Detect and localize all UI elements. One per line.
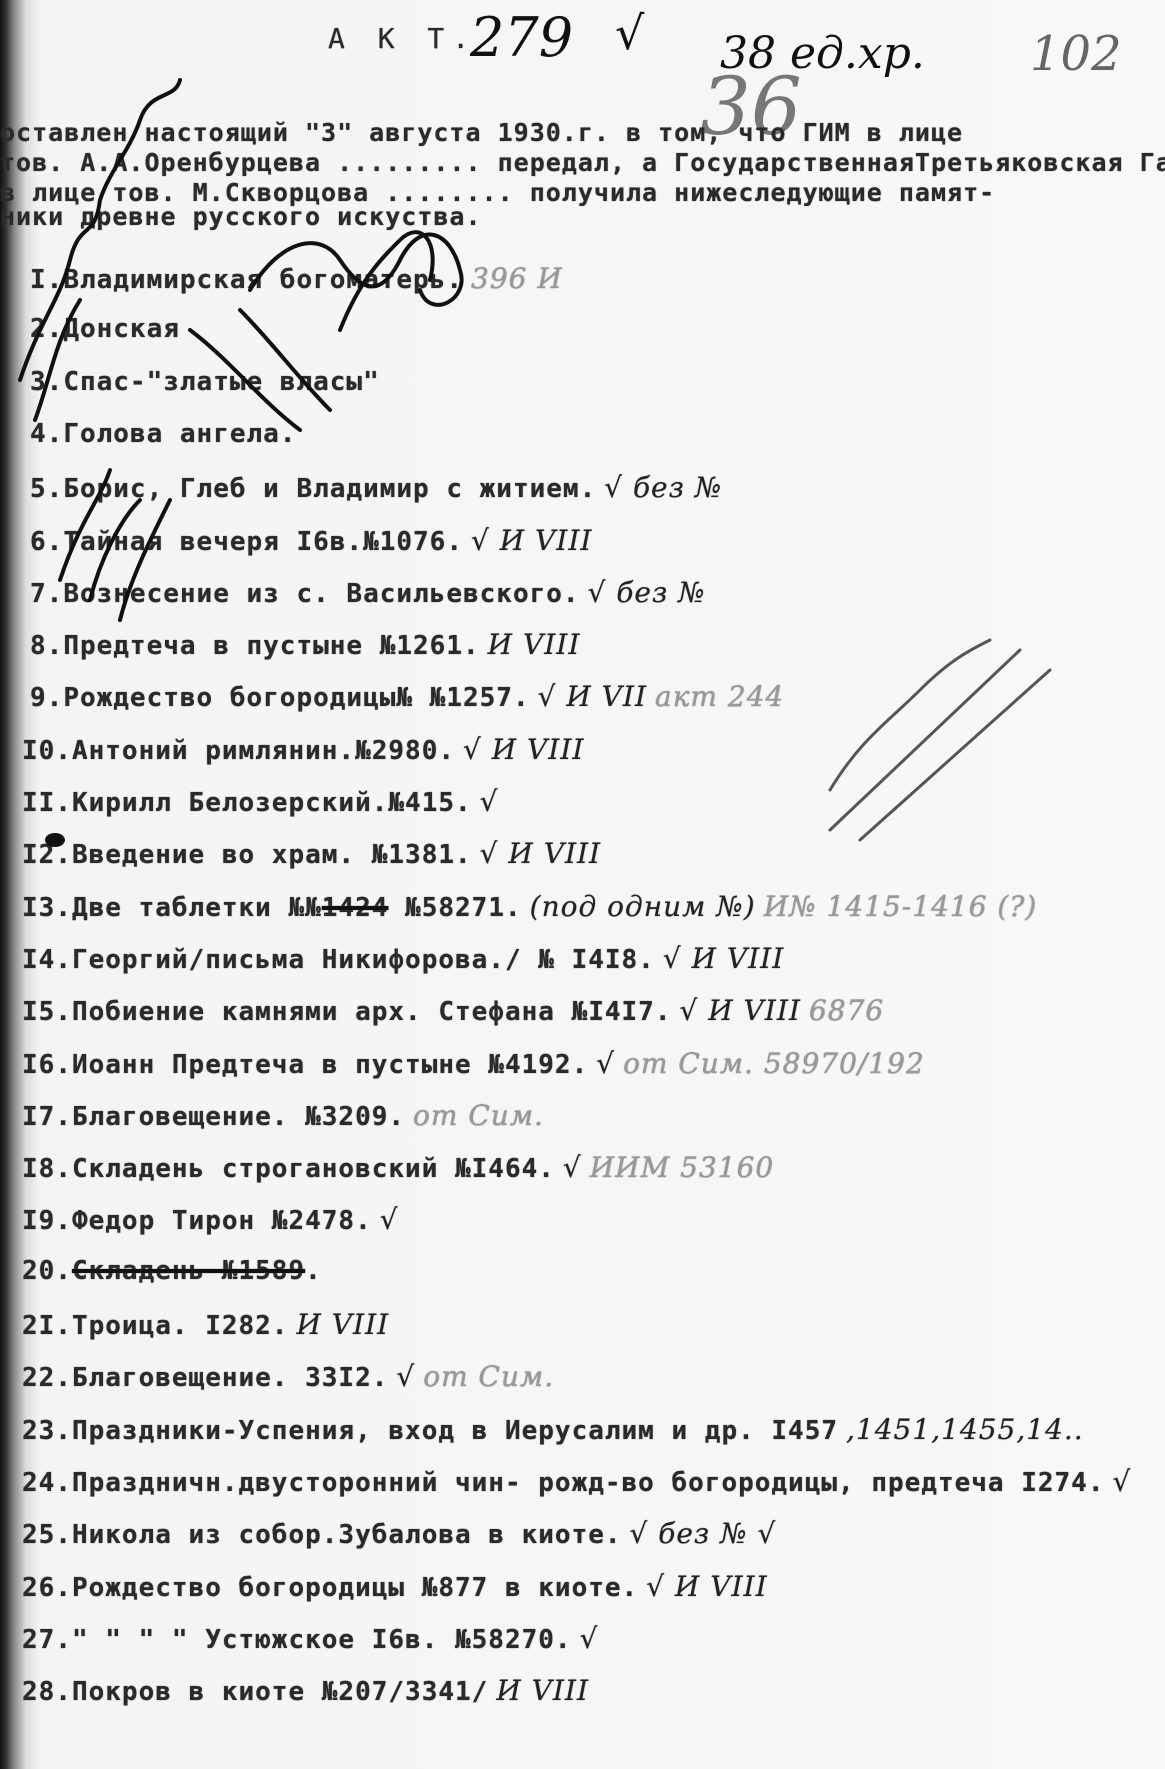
item-count: 38 ед.хр. bbox=[720, 28, 925, 79]
item-text: Георгий/письма Никифорова./ № I4I8. bbox=[72, 945, 655, 975]
item-number: I0. bbox=[22, 736, 72, 766]
list-item: I7.Благовещение. №3209.от Сим. bbox=[22, 1099, 544, 1132]
handwritten-annotation: И VIII bbox=[496, 1674, 589, 1707]
item-text: Голова ангела. bbox=[63, 419, 296, 449]
item-number: II. bbox=[22, 788, 72, 818]
list-item: II.Кирилл Белозерский.№415.√ bbox=[22, 785, 499, 818]
handwritten-annotation: И VIII bbox=[488, 628, 581, 661]
handwritten-annotation: √ без № bbox=[588, 576, 706, 609]
list-item: 5.Борис, Глеб и Владимир с житием.√ без … bbox=[30, 471, 722, 504]
handwritten-annotation: И VIII bbox=[296, 1308, 389, 1341]
item-text: Побиение камнями арх. Стефана №I4I7. bbox=[72, 997, 672, 1027]
page-number: 102 bbox=[1030, 26, 1122, 82]
list-item: 2.Донская bbox=[30, 314, 180, 344]
item-number: I8. bbox=[22, 1154, 72, 1184]
list-item: 26.Рождество богородицы №877 в киоте.√ И… bbox=[22, 1570, 768, 1603]
item-number: I5. bbox=[22, 997, 72, 1027]
strike-line-1-icon bbox=[830, 650, 1020, 830]
list-item: 8.Предтеча в пустыне №1261.И VIII bbox=[30, 628, 580, 661]
document-page: А К Т. 279 √ 36 38 ед.хр. 102 оставлен н… bbox=[0, 0, 1165, 1769]
pencil-annotation: И№ 1415-1416 (?) bbox=[764, 890, 1038, 923]
list-item: 28.Покров в киоте №207/3341/И VIII bbox=[22, 1674, 589, 1707]
item-number: I. bbox=[30, 265, 63, 295]
pencil-annotation: ИИМ 53160 bbox=[590, 1151, 774, 1184]
handwritten-annotation: √ И VIII bbox=[471, 524, 592, 557]
item-text: Рождество богородицы№ №1257. bbox=[63, 683, 529, 713]
item-number: I4. bbox=[22, 945, 72, 975]
handwritten-annotation: √ И VIII bbox=[680, 994, 801, 1027]
item-number: 6. bbox=[30, 527, 63, 557]
list-item: I6.Иоанн Предтеча в пустыне №4192.√от Си… bbox=[22, 1047, 925, 1080]
list-item: I2.Введение во храм. №1381.√ И VIII bbox=[22, 837, 601, 870]
intro-line-1: оставлен настоящий "3" августа 1930.г. в… bbox=[0, 118, 963, 147]
list-item: 22.Благовещение. 33I2.√от Сим. bbox=[22, 1360, 554, 1393]
handwritten-annotation: √ bbox=[380, 1203, 399, 1236]
item-number: I2. bbox=[22, 840, 72, 870]
item-text: Иоанн Предтеча в пустыне №4192. bbox=[72, 1050, 588, 1080]
item-text: Вознесение из с. Васильевского. bbox=[63, 579, 579, 609]
handwritten-annotation: √ И VII bbox=[538, 680, 647, 713]
list-item: 3.Спас-"златые власы" bbox=[30, 367, 380, 397]
handwritten-annotation: ,1451,1455,14.. bbox=[846, 1413, 1084, 1446]
item-number: 25. bbox=[22, 1520, 72, 1550]
list-item: I8.Складень строгановский №I464.√ИИМ 531… bbox=[22, 1151, 774, 1184]
item-number: 22. bbox=[22, 1363, 72, 1393]
list-item: 25.Никола из собор.Зубалова в киоте.√ бе… bbox=[22, 1517, 776, 1550]
list-item: 2I.Троица. I282.И VIII bbox=[22, 1308, 389, 1341]
list-item: 20.Складень №1589. bbox=[22, 1256, 322, 1286]
item-number: 2. bbox=[30, 314, 63, 344]
item-number: 9. bbox=[30, 683, 63, 713]
pencil-annotation: 396 И bbox=[471, 262, 563, 295]
handwritten-annotation: √ bbox=[563, 1151, 582, 1184]
pencil-annotation: от Сим. bbox=[413, 1099, 544, 1132]
item-text: Рождество богородицы №877 в киоте. bbox=[72, 1573, 638, 1603]
handwritten-annotation: √ И VIII bbox=[480, 837, 601, 870]
list-item: I3.Две таблетки №№1424 №58271.(под одним… bbox=[22, 890, 1037, 923]
item-text: Введение во храм. №1381. bbox=[72, 840, 472, 870]
item-text: Троица. I282. bbox=[72, 1311, 289, 1341]
item-number: I7. bbox=[22, 1102, 72, 1132]
handwritten-annotation: √ И VIII bbox=[646, 1570, 767, 1603]
list-item: 24.Праздничн.двусторонний чин- рожд-во б… bbox=[22, 1465, 1131, 1498]
item-text: Складень №1589 bbox=[72, 1256, 305, 1286]
handwritten-annotation: √ И VIII bbox=[463, 733, 584, 766]
item-number: 5. bbox=[30, 474, 63, 504]
item-text: Благовещение. 33I2. bbox=[72, 1363, 388, 1393]
item-text: Кирилл Белозерский.№415. bbox=[72, 788, 472, 818]
handwritten-annotation: √ без № √ bbox=[630, 1517, 777, 1550]
pencil-annotation: 6876 bbox=[809, 994, 884, 1027]
item-text: Донская bbox=[63, 314, 180, 344]
item-number: 23. bbox=[22, 1416, 72, 1446]
checkmark: √ bbox=[615, 6, 644, 60]
item-number: I3. bbox=[22, 893, 72, 923]
list-item: 23.Праздники-Успения, вход в Иерусалим и… bbox=[22, 1413, 1084, 1446]
act-number: 279 bbox=[470, 6, 573, 69]
handwritten-annotation: √ bbox=[396, 1360, 415, 1393]
list-item: 27." " " " Устюжское I6в. №58270.√ bbox=[22, 1622, 598, 1655]
item-number: 2I. bbox=[22, 1311, 72, 1341]
pencil-annotation: акт 244 bbox=[655, 680, 784, 713]
item-text: Две таблетки №№ bbox=[72, 893, 322, 923]
list-item: I5.Побиение камнями арх. Стефана №I4I7.√… bbox=[22, 994, 884, 1027]
item-text: Борис, Глеб и Владимир с житием. bbox=[63, 474, 596, 504]
handwritten-annotation: (под одним №) bbox=[530, 890, 756, 923]
handwritten-annotation: √ без № bbox=[604, 471, 722, 504]
item-text: Благовещение. №3209. bbox=[72, 1102, 405, 1132]
item-number: 27. bbox=[22, 1625, 72, 1655]
item-number: 4. bbox=[30, 419, 63, 449]
item-text: Владимирская богоматерь. bbox=[63, 265, 463, 295]
item-number: 7. bbox=[30, 579, 63, 609]
document-title: А К Т. bbox=[328, 22, 477, 55]
item-text-after: №58271. bbox=[388, 893, 521, 923]
list-item: I4.Георгий/письма Никифорова./ № I4I8.√ … bbox=[22, 942, 784, 975]
list-item: I0.Антоний римлянин.№2980.√ И VIII bbox=[22, 733, 584, 766]
item-text: Антоний римлянин.№2980. bbox=[72, 736, 455, 766]
intro-line-2: тов. А.А.Оренбурцева ......... передал, … bbox=[0, 148, 1165, 177]
strike-line-2-icon bbox=[860, 670, 1050, 840]
handwritten-annotation: √ bbox=[1112, 1465, 1131, 1498]
handwritten-annotation: √ bbox=[596, 1047, 615, 1080]
item-number: I9. bbox=[22, 1206, 72, 1236]
item-text: Покров в киоте №207/3341/ bbox=[72, 1677, 488, 1707]
list-item: 4.Голова ангела. bbox=[30, 419, 296, 449]
handwritten-annotation: √ И VIII bbox=[663, 942, 784, 975]
item-text: Предтеча в пустыне №1261. bbox=[63, 631, 479, 661]
item-text: Праздничн.двусторонний чин- рожд-во бого… bbox=[72, 1468, 1105, 1498]
item-number: 28. bbox=[22, 1677, 72, 1707]
struck-number: 1424 bbox=[322, 893, 389, 923]
item-text: Складень строгановский №I464. bbox=[72, 1154, 555, 1184]
item-text: Спас-"златые власы" bbox=[63, 367, 379, 397]
handwritten-annotation: √ bbox=[580, 1622, 599, 1655]
item-number: 24. bbox=[22, 1468, 72, 1498]
list-item: 7.Вознесение из с. Васильевского.√ без № bbox=[30, 576, 706, 609]
handwritten-annotation: √ bbox=[480, 785, 499, 818]
signature-right-icon bbox=[830, 640, 990, 790]
trailing-dot: . bbox=[305, 1256, 322, 1286]
pencil-annotation: от Сим. 58970/192 bbox=[623, 1047, 925, 1080]
item-text: Тайная вечеря I6в.№1076. bbox=[63, 527, 463, 557]
list-item: 6.Тайная вечеря I6в.№1076.√ И VIII bbox=[30, 524, 592, 557]
list-item: 9.Рождество богородицы№ №1257.√ И VIIакт… bbox=[30, 680, 784, 713]
item-number: 20. bbox=[22, 1256, 72, 1286]
item-text: Никола из собор.Зубалова в киоте. bbox=[72, 1520, 622, 1550]
pencil-annotation: от Сим. bbox=[423, 1360, 554, 1393]
item-text: Праздники-Успения, вход в Иерусалим и др… bbox=[72, 1416, 838, 1446]
item-number: 3. bbox=[30, 367, 63, 397]
item-number: I6. bbox=[22, 1050, 72, 1080]
item-text: Федор Тирон №2478. bbox=[72, 1206, 372, 1236]
item-number: 26. bbox=[22, 1573, 72, 1603]
list-item: I9.Федор Тирон №2478.√ bbox=[22, 1203, 399, 1236]
item-text: " " " " Устюжское I6в. №58270. bbox=[72, 1625, 572, 1655]
item-number: 8. bbox=[30, 631, 63, 661]
intro-line-4: ники древне русского искуства. bbox=[0, 202, 482, 231]
list-item: I.Владимирская богоматерь.396 И bbox=[30, 262, 563, 295]
